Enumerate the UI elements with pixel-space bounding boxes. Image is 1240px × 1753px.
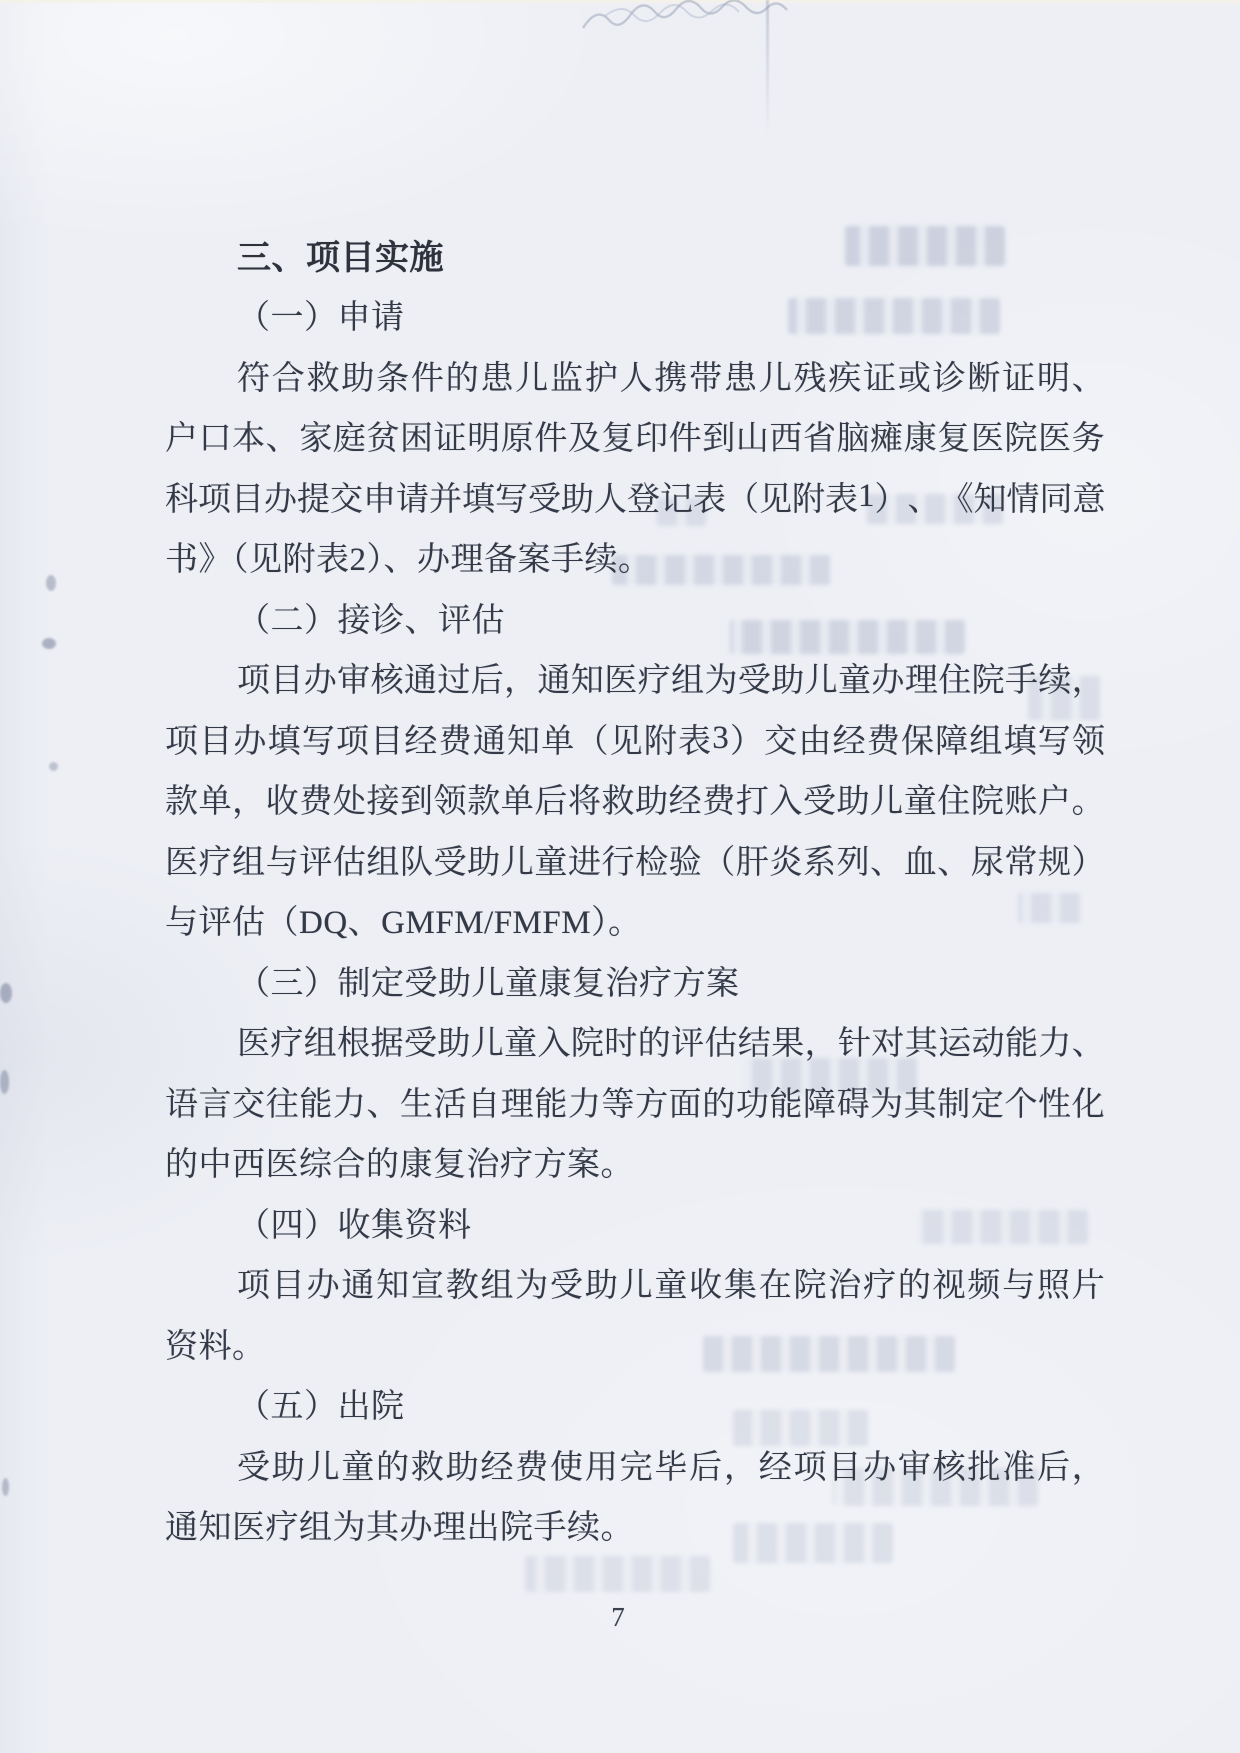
body-text-line: 与评估（DQ、GMFM/FMFM）。 — [165, 890, 1105, 951]
pencil-scribble-mark — [575, 0, 835, 65]
body-text-line: 通知医疗组为其办理出院手续。 — [165, 1495, 1105, 1556]
scan-speck-artifact — [0, 1070, 9, 1094]
scan-speck-artifact — [42, 638, 56, 649]
body-text-line: 资料。 — [165, 1313, 1105, 1374]
page-number: 7 — [588, 1602, 648, 1633]
scan-speck-artifact — [2, 1478, 9, 1496]
body-text-line: 受助儿童的救助经费使用完毕后，经项目办审核批准后， — [165, 1434, 1105, 1495]
body-text-line: 款单，收费处接到领款单后将救助经费打入受助儿童住院账户。 — [165, 769, 1105, 830]
subsection-heading: （三）制定受助儿童康复治疗方案 — [165, 950, 1105, 1011]
scanned-document-page: { "document": { "lines": [ "三、项目实施", "（一… — [0, 0, 1240, 1753]
body-text-line: 项目办审核通过后，通知医疗组为受助儿童办理住院手续， — [165, 648, 1105, 709]
scan-streak-artifact — [766, 0, 769, 135]
body-text-line: 符合救助条件的患儿监护人携带患儿残疾证或诊断证明、 — [165, 345, 1105, 406]
body-text-line: 科项目办提交申请并填写受助人登记表（见附表1）、《知情同意 — [165, 466, 1105, 527]
body-text-line: 项目办通知宣教组为受助儿童收集在院治疗的视频与照片 — [165, 1253, 1105, 1314]
body-text-line: 项目办填写项目经费通知单（见附表3）交由经费保障组填写领 — [165, 708, 1105, 769]
body-text-line: 户口本、家庭贫困证明原件及复印件到山西省脑瘫康复医院医务 — [165, 406, 1105, 467]
body-text-line: 医疗组根据受助儿童入院时的评估结果，针对其运动能力、 — [165, 1011, 1105, 1072]
body-text-line: 书》（见附表2）、办理备案手续。 — [165, 527, 1105, 588]
subsection-heading: （二）接诊、评估 — [165, 587, 1105, 648]
bleedthrough-mark — [525, 1556, 710, 1592]
subsection-heading: （一）申请 — [165, 285, 1105, 346]
scan-speck-artifact — [49, 762, 58, 771]
scan-speck-artifact — [0, 983, 12, 1003]
section-heading: 三、项目实施 — [165, 224, 1105, 285]
subsection-heading: （四）收集资料 — [165, 1192, 1105, 1253]
subsection-heading: （五）出院 — [165, 1374, 1105, 1435]
body-text-line: 的中西医综合的康复治疗方案。 — [165, 1132, 1105, 1193]
body-text-line: 语言交往能力、生活自理能力等方面的功能障碍为其制定个性化 — [165, 1071, 1105, 1132]
scan-speck-artifact — [46, 575, 56, 591]
document-body: 三、项目实施 （一）申请 符合救助条件的患儿监护人携带患儿残疾证或诊断证明、 户… — [165, 224, 1105, 1555]
body-text-line: 医疗组与评估组队受助儿童进行检验（肝炎系列、血、尿常规） — [165, 829, 1105, 890]
